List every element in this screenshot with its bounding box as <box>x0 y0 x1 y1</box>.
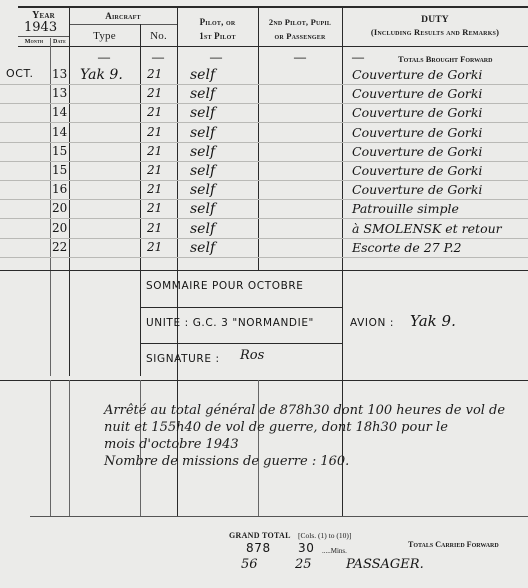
entry-month: OCT. <box>6 67 34 80</box>
entry-duty: Escorte de 27 P.2 <box>352 240 462 255</box>
row-rule <box>0 180 528 181</box>
grand-total-label: Grand Total <box>229 531 291 540</box>
aircraft-subrule <box>69 24 177 25</box>
entry-no: 21 <box>147 125 162 139</box>
logbook-page: Year 1943 Month Date Aircraft Type No. P… <box>0 0 528 588</box>
summary-rule-1 <box>140 307 343 308</box>
summary-top-rule <box>0 270 528 271</box>
entry-no: 21 <box>147 105 162 119</box>
row-rule <box>0 84 528 85</box>
entry-pilot: self <box>190 221 215 237</box>
note-line-1: Arrêté au total général de 878h30 dont 1… <box>104 402 524 419</box>
row-rule <box>0 161 528 162</box>
entry-duty: Couverture de Gorki <box>352 67 482 82</box>
duty-label-2: (Including Results and Remarks) <box>342 26 528 38</box>
entry-no: 21 <box>147 221 162 235</box>
summary-avion-value: Yak 9. <box>410 312 456 330</box>
entry-date: 13 <box>52 86 67 100</box>
aircraft-label: Aircraft <box>69 10 177 22</box>
duty-label-1: DUTY <box>342 14 528 26</box>
entry-date: 14 <box>52 105 67 119</box>
entry-no: 21 <box>147 201 162 215</box>
entry-duty: Couverture de Gorki <box>352 144 482 159</box>
totals-carried-forward-label: Totals Carried Forward <box>408 540 499 549</box>
note-line-4: Nombre de missions de guerre : 160. <box>104 453 524 470</box>
header-rule <box>18 46 528 47</box>
lower-line-month <box>50 380 51 516</box>
second-pilot-label-2: or Passenger <box>258 30 342 42</box>
summary-bottom-rule <box>0 380 528 381</box>
no-label: No. <box>140 30 177 42</box>
row-rule <box>0 238 528 239</box>
row-rule <box>0 218 528 219</box>
grand-total-hours: 878 <box>246 541 271 555</box>
grand-total-mins: 30 <box>298 541 314 555</box>
entry-pilot: self <box>190 163 215 179</box>
entry-date: 20 <box>52 221 67 235</box>
entry-no: 21 <box>147 163 162 177</box>
entry-pilot: self <box>190 182 215 198</box>
passenger-label: PASSAGER. <box>346 557 424 572</box>
entry-no: 21 <box>147 67 162 81</box>
bf-type: — <box>98 50 110 65</box>
mins-label: .....Mins. <box>322 547 347 555</box>
summary-signature: Ros <box>240 348 264 363</box>
remark-note: Arrêté au total général de 878h30 dont 1… <box>104 402 524 470</box>
entry-pilot: self <box>190 125 215 141</box>
entry-date: 22 <box>52 240 67 254</box>
entry-date: 13 <box>52 67 67 81</box>
entry-duty: Couverture de Gorki <box>352 86 482 101</box>
year-value: 1943 <box>24 20 57 35</box>
entry-date: 14 <box>52 125 67 139</box>
second-pilot-label-1: 2nd Pilot, Pupil <box>258 16 342 28</box>
summary-title: SOMMAIRE POUR OCTOBRE <box>146 280 304 292</box>
summary-rule-2 <box>140 343 343 344</box>
entry-no: 21 <box>147 240 162 254</box>
bf-pilot: — <box>210 50 222 65</box>
col-line-date <box>69 6 70 376</box>
row-rule <box>0 142 528 143</box>
entry-pilot: self <box>190 240 215 256</box>
summary-signature-label: SIGNATURE : <box>146 353 220 365</box>
entry-pilot: self <box>190 86 215 102</box>
pilot-label-2: 1st Pilot <box>177 30 258 42</box>
row-rule <box>0 103 528 104</box>
entry-date: 16 <box>52 182 67 196</box>
summary-avion-label: AVION : <box>350 317 394 329</box>
entry-pilot: self <box>190 67 215 83</box>
col-line-pilot <box>258 6 259 270</box>
month-label: Month <box>18 39 50 46</box>
date-label: Date <box>50 39 69 46</box>
bf-second-pilot: — <box>294 50 306 65</box>
note-line-3: mois d'octobre 1943 <box>104 436 524 453</box>
summary-unit: UNITE : G.C. 3 "NORMANDIE" <box>146 317 314 329</box>
entry-date: 15 <box>52 163 67 177</box>
lower-line-date <box>69 380 70 516</box>
entry-pilot: self <box>190 201 215 217</box>
row-rule <box>0 199 528 200</box>
note-line-2: nuit et 155h40 de vol de guerre, dont 18… <box>104 419 524 436</box>
entry-duty: Couverture de Gorki <box>352 182 482 197</box>
entry-type: Yak 9. <box>80 67 123 83</box>
entry-no: 21 <box>147 144 162 158</box>
row-rule <box>0 257 528 258</box>
entry-date: 20 <box>52 201 67 215</box>
passenger-mins: 25 <box>295 557 312 572</box>
entry-pilot: self <box>190 144 215 160</box>
cols-label: [Cols. (1) to (10)] <box>298 531 351 540</box>
entry-no: 21 <box>147 86 162 100</box>
entry-no: 21 <box>147 182 162 196</box>
entry-date: 15 <box>52 144 67 158</box>
row-rule <box>0 122 528 123</box>
type-label: Type <box>69 30 140 42</box>
entry-duty: Couverture de Gorki <box>352 163 482 178</box>
passenger-hours: 56 <box>241 557 258 572</box>
col-line-month <box>50 38 51 376</box>
top-rule <box>18 6 528 8</box>
bf-no: — <box>152 50 164 65</box>
entry-duty: Couverture de Gorki <box>352 105 482 120</box>
footer-rule <box>30 516 528 517</box>
entry-duty: Patrouille simple <box>352 201 459 216</box>
pilot-label-1: Pilot, or <box>177 16 258 28</box>
totals-brought-forward-label: Totals Brought Forward <box>398 54 492 64</box>
entry-duty: Couverture de Gorki <box>352 125 482 140</box>
year-subrule <box>18 36 69 37</box>
entry-duty: à SMOLENSK et retour <box>352 221 502 236</box>
bf-duty-dash: — <box>352 50 364 65</box>
entry-pilot: self <box>190 105 215 121</box>
